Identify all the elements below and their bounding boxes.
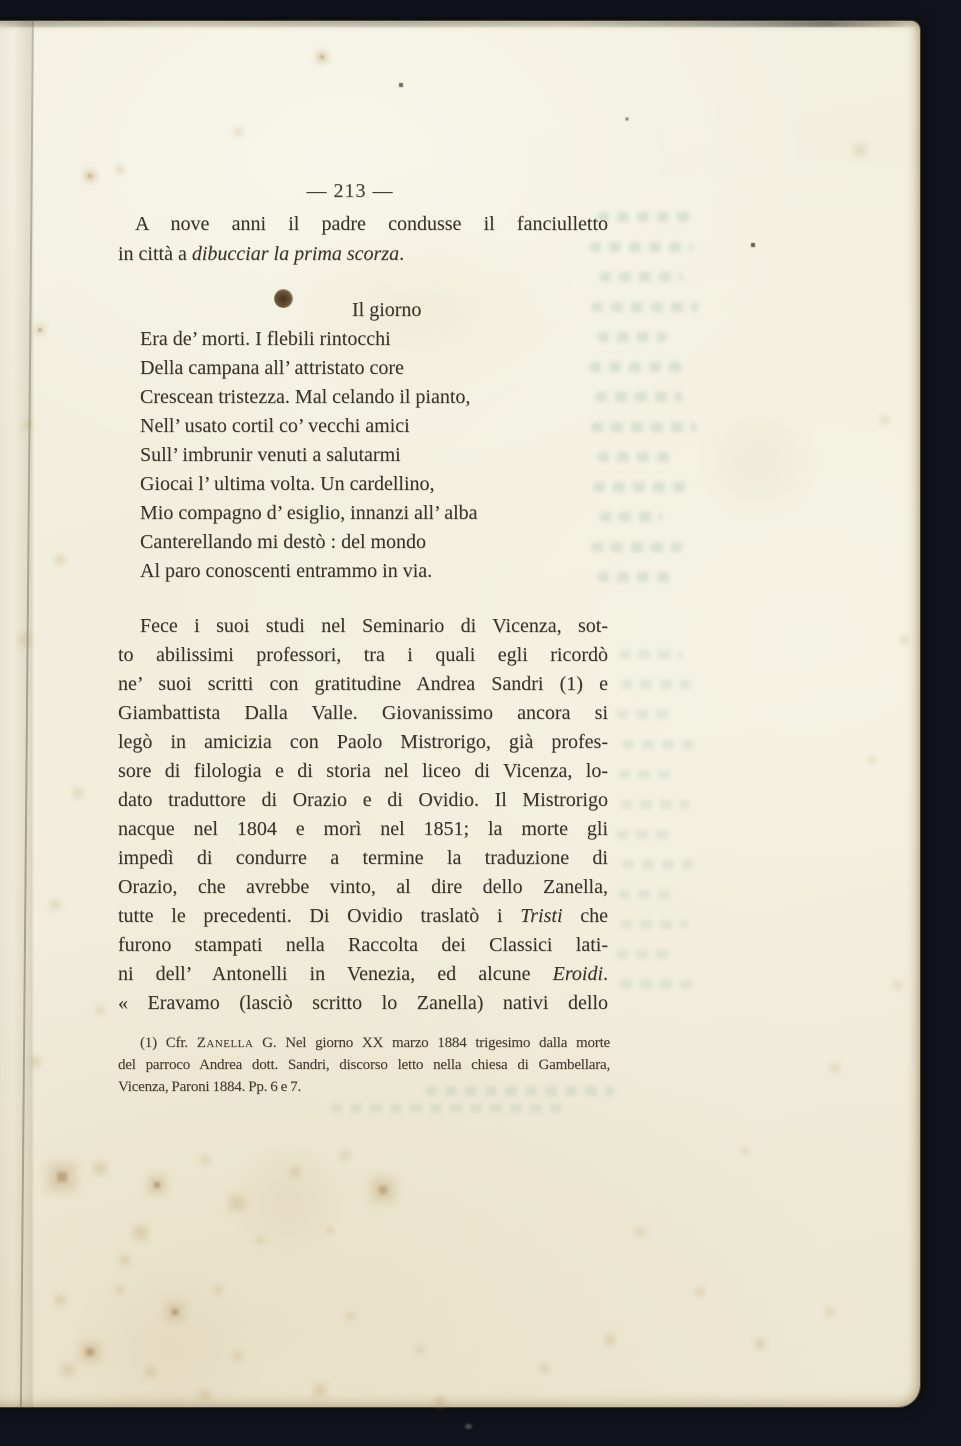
ghost-line [597,332,667,342]
ghost-line [620,920,688,929]
paragraph-line: Fece i suoi studi nel Seminario di Vicen… [118,612,608,641]
ghost-line [616,950,674,959]
ghost-line [597,212,693,222]
page-number: — 213 — [105,180,595,203]
paragraph-line: Orazio, che avrebbe vinto, al dire dello… [118,873,608,902]
footnote: (1) Cfr. Zanella G. Nel giorno XX marzo … [118,1032,610,1098]
text-segment: che [563,905,608,927]
text-segment: . [399,243,404,265]
poem-line: Sull’ imbrunir venuti a salutarmi [140,441,478,470]
text-segment: (1) Cfr. [140,1035,197,1051]
poem-line: Nell’ usato cortil co’ vecchi amici [140,412,478,441]
paragraph-line: A nove anni il padre condusse il fanciul… [118,209,608,239]
ghost-line [599,512,663,522]
paragraph-line: dato traduttore di Orazio e di Ovidio. I… [118,786,608,815]
ghost-line [591,422,697,432]
poem-line: Crescean tristezza. Mal celando il piant… [140,383,478,412]
ghost-line [620,680,692,689]
author-small-caps: Zanella [197,1035,254,1051]
book-page: — 213 — A nove anni il padre condusse il… [0,21,920,1407]
paragraph-line: « Eravamo (lasciò scritto lo Zanella) na… [118,989,608,1018]
paragraph-line: tutte le precedenti. Di Ovidio traslatò … [118,902,608,931]
ghost-line [616,710,672,719]
ghost-line [591,542,683,552]
italic-term: Tristi [520,905,562,927]
ghost-line [597,452,673,462]
large-ink-stain [274,289,293,308]
poem-line: Della campana all’ attristato core [140,354,478,383]
poem-line: Al paro conoscenti entrammo in via. [140,557,478,586]
paragraph-line: sore di filologia e di storia nel liceo … [118,757,608,786]
text-segment: G. Nel giorno XX marzo 1884 trigesimo da… [253,1035,610,1051]
top-edge-smudge [0,21,920,27]
ghost-line [616,830,670,839]
text-segment: in città a [118,243,192,265]
ghost-line [618,890,680,899]
paragraph-line: in città a dibucciar la prima scorza. [118,239,608,269]
ghost-line [622,740,698,749]
paragraph-line: impedì di condurre a termine la traduzio… [118,844,608,873]
ghost-line [618,770,678,779]
ghost-line [620,980,692,989]
paragraph-line: legò in amicizia con Paolo Mistrorigo, g… [118,728,608,757]
opening-paragraph: A nove anni il padre condusse il fanciul… [118,209,608,269]
footnote-line: (1) Cfr. Zanella G. Nel giorno XX marzo … [118,1032,610,1054]
paragraph-line: to abilissimi professori, tra i quali eg… [118,641,608,670]
ghost-line [599,272,683,282]
ghost-line [622,860,696,869]
poem-block: Era de’ morti. I flebili rintocchi Della… [140,325,478,586]
italic-term: dibucciar la prima scorza [192,243,399,265]
text-segment: ni dell’ Antonelli in Venezia, ed alcune [118,963,553,985]
ghost-line [330,1104,570,1113]
footnote-line: Vicenza, Paroni 1884. Pp. 6 e 7. [118,1076,610,1098]
paragraph-line: Giambattista Dalla Valle. Giovanissimo a… [118,699,608,728]
ghost-line [620,800,690,809]
ghost-line [591,302,699,312]
poem-line: Canterellando mi destò : del mondo [140,528,478,557]
poem-title: Il giorno [352,299,421,322]
text-segment: . [603,963,608,985]
ghost-line [595,392,683,402]
italic-term: Eroidi [553,963,603,985]
paragraph-line: ni dell’ Antonelli in Venezia, ed alcune… [118,960,608,989]
scanner-bed-speck [465,1424,472,1429]
book-scan: — 213 — A nove anni il padre condusse il… [0,0,961,1446]
paragraph-line: nacque nel 1804 e morì nel 1851; la mort… [118,815,608,844]
ghost-line [593,482,691,492]
paragraph-line: ne’ suoi scritti con gratitudine Andrea … [118,670,608,699]
ghost-line [618,650,682,659]
ghost-line [597,572,677,582]
paragraph-line: furono stampati nella Raccolta dei Class… [118,931,608,960]
main-paragraph: Fece i suoi studi nel Seminario di Vicen… [118,612,608,1018]
poem-line: Era de’ morti. I flebili rintocchi [140,325,478,354]
footnote-line: del parroco Andrea dott. Sandri, discors… [118,1054,610,1076]
ghost-line [589,362,689,372]
gutter-shading [0,21,34,1407]
text-segment: tutte le precedenti. Di Ovidio traslatò … [118,905,520,927]
poem-line: Mio compagno d’ esiglio, innanzi all’ al… [140,499,478,528]
poem-line: Giocai l’ ultima volta. Un cardellino, [140,470,478,499]
